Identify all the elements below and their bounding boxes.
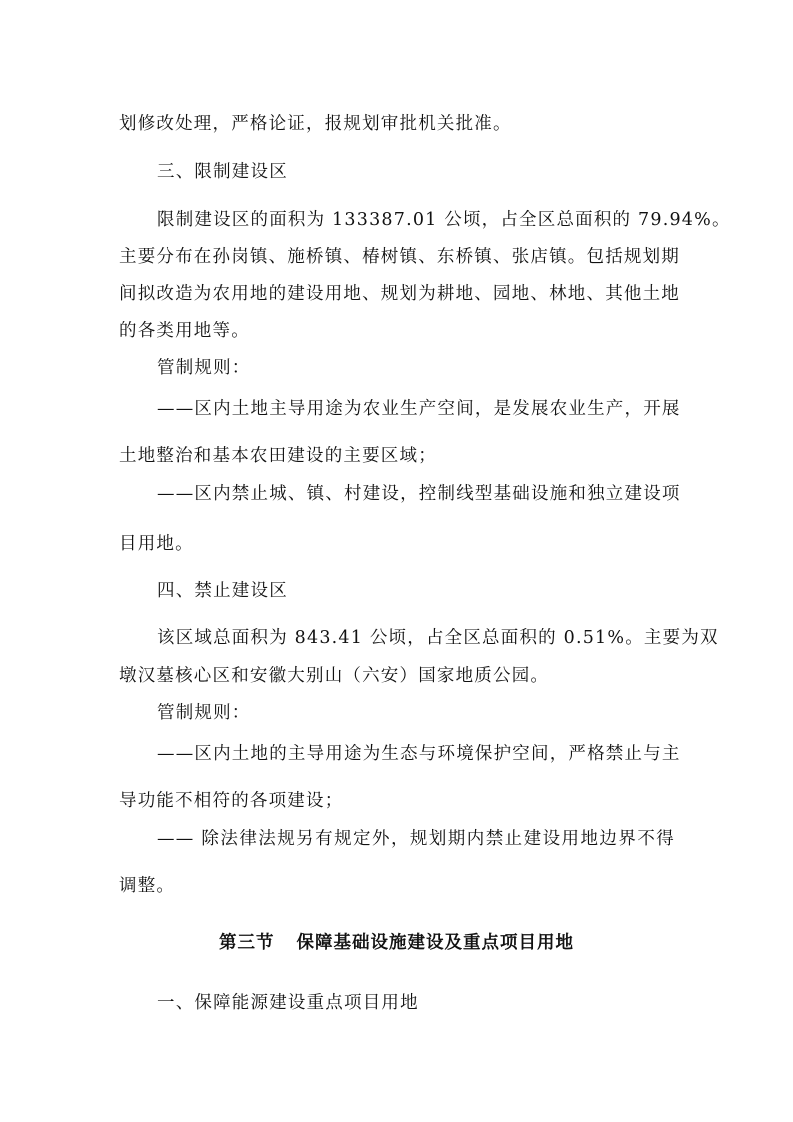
text-line: 三、限制建设区	[157, 161, 675, 183]
text-line: ——区内禁止城、镇、村建设，控制线型基础设施和独立建设项	[157, 483, 675, 505]
section-title: 第三节保障基础设施建设及重点项目用地	[0, 932, 793, 954]
text-line: 四、禁止建设区	[157, 580, 675, 602]
text-line: 间拟改造为农用地的建设用地、规划为耕地、园地、林地、其他土地	[119, 283, 675, 305]
text-line: 墩汉墓核心区和安徽大别山（六安）国家地质公园。	[119, 665, 675, 687]
text-line: 管制规则：	[157, 702, 675, 724]
text-line: ——区内土地的主导用途为生态与环境保护空间，严格禁止与主	[157, 743, 675, 765]
text-line: ——区内土地主导用途为农业生产空间，是发展农业生产，开展	[157, 398, 675, 420]
text-line: —— 除法律法规另有规定外，规划期内禁止建设用地边界不得	[157, 828, 675, 850]
subheading: 一、保障能源建设重点项目用地	[157, 992, 675, 1014]
text-line: 土地整治和基本农田建设的主要区域；	[119, 445, 675, 467]
text-line: 导功能不相符的各项建设；	[119, 790, 675, 812]
text-line: 限制建设区的面积为 133387.01 公顷，占全区总面积的 79.94%。	[157, 209, 675, 231]
text-line: 目用地。	[119, 533, 675, 555]
text-line: 主要分布在孙岗镇、施桥镇、椿树镇、东桥镇、张店镇。包括规划期	[119, 246, 675, 268]
text-line: 划修改处理，严格论证，报规划审批机关批准。	[119, 113, 675, 135]
text-line: 的各类用地等。	[119, 320, 675, 342]
text-line: 调整。	[119, 875, 675, 897]
section-number: 第三节	[219, 933, 275, 953]
text-line: 该区域总面积为 843.41 公顷，占全区总面积的 0.51%。主要为双	[157, 627, 675, 649]
text-line: 管制规则：	[157, 357, 675, 379]
section-title-text: 保障基础设施建设及重点项目用地	[297, 933, 575, 953]
